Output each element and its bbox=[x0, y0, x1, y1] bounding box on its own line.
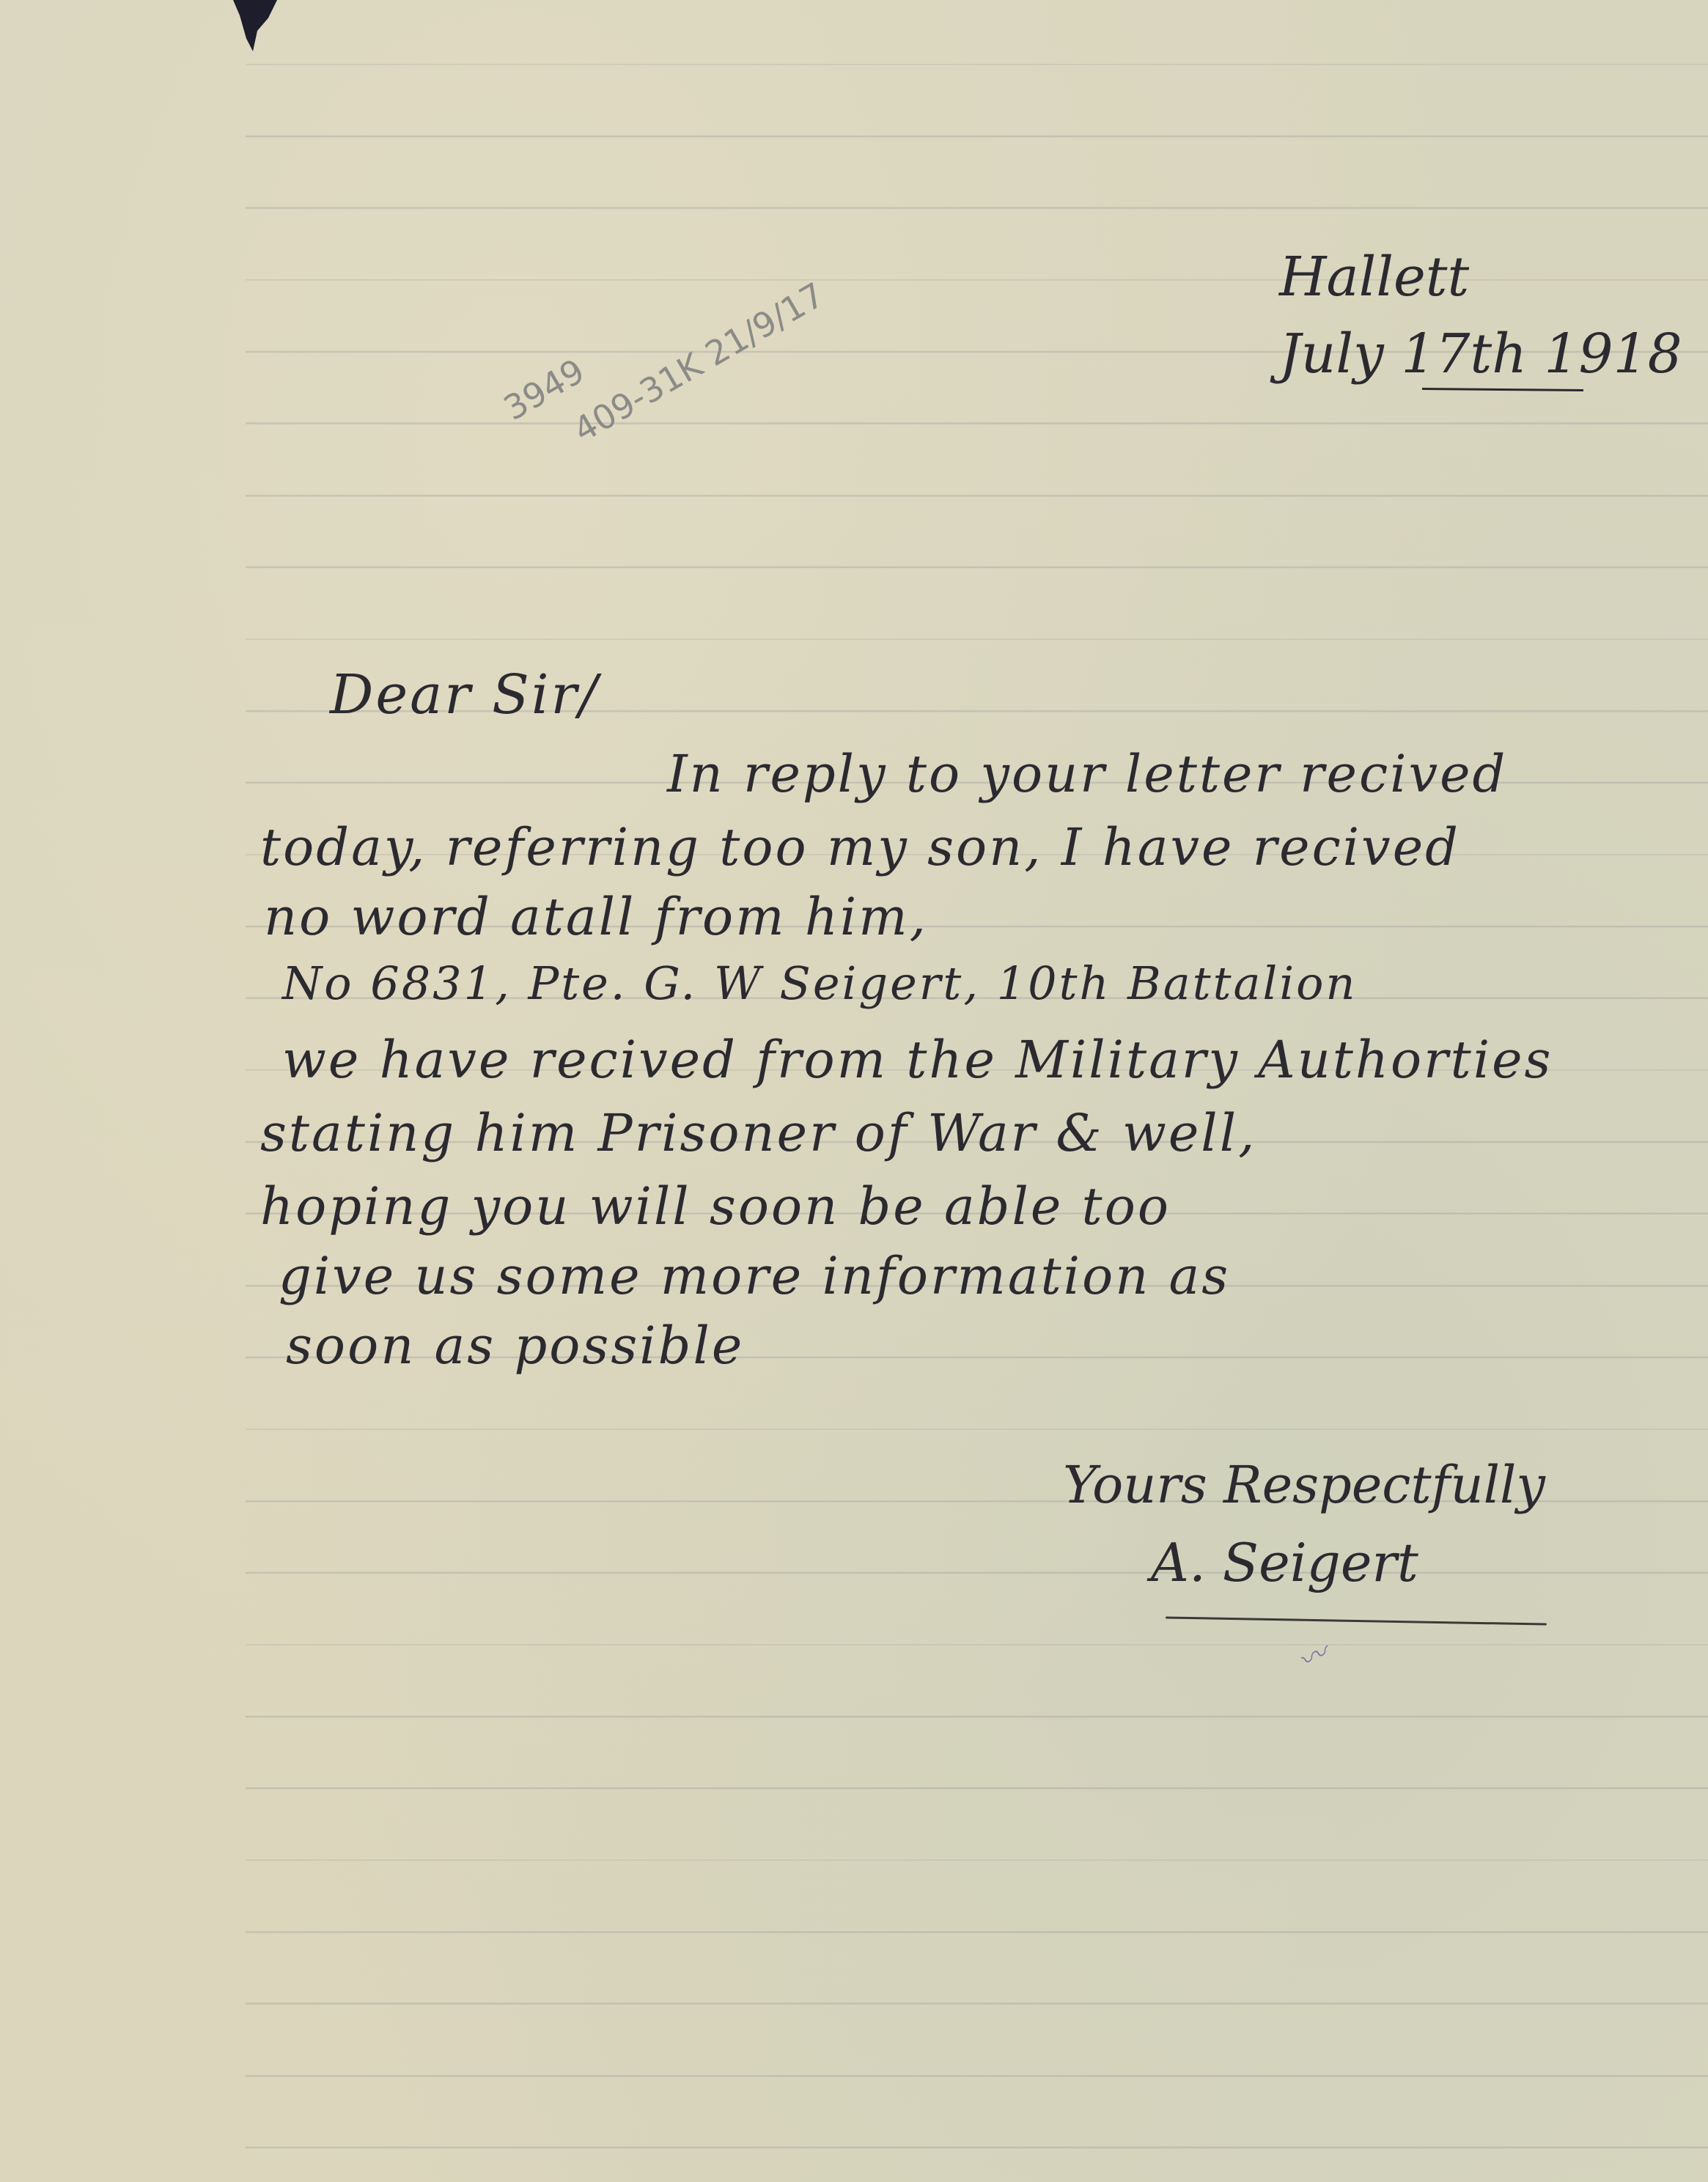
body-line-2: today, referring too my son, I have reci… bbox=[260, 817, 1460, 877]
body-line-8: give us some more information as bbox=[279, 1246, 1230, 1306]
letter-date: July 17th 1918 bbox=[1279, 322, 1682, 386]
torn-corner-mark bbox=[233, 0, 277, 51]
body-line-7: hoping you will soon be able too bbox=[260, 1176, 1171, 1236]
closing: Yours Respectfully bbox=[1063, 1455, 1545, 1515]
body-line-6: stating him Prisoner of War & well, bbox=[260, 1103, 1256, 1163]
body-line-3: no word atall from him, bbox=[264, 887, 928, 947]
body-line-9: soon as possible bbox=[286, 1316, 744, 1376]
body-line-1: In reply to your letter recived bbox=[667, 744, 1507, 804]
body-line-4-soldier-id: No 6831, Pte. G. W Seigert, 10th Battali… bbox=[282, 957, 1357, 1010]
date-underline bbox=[1422, 388, 1583, 391]
signature: A. Seigert bbox=[1151, 1532, 1418, 1593]
sender-place: Hallett bbox=[1279, 246, 1469, 309]
purple-check-mark: 〰 bbox=[1290, 1630, 1334, 1681]
salutation: Dear Sir/ bbox=[330, 663, 600, 726]
body-line-5: we have recived from the Military Author… bbox=[282, 1030, 1553, 1090]
archive-ref-file: 409-31K 21/9/17 bbox=[567, 275, 831, 450]
signature-flourish bbox=[1166, 1616, 1547, 1625]
